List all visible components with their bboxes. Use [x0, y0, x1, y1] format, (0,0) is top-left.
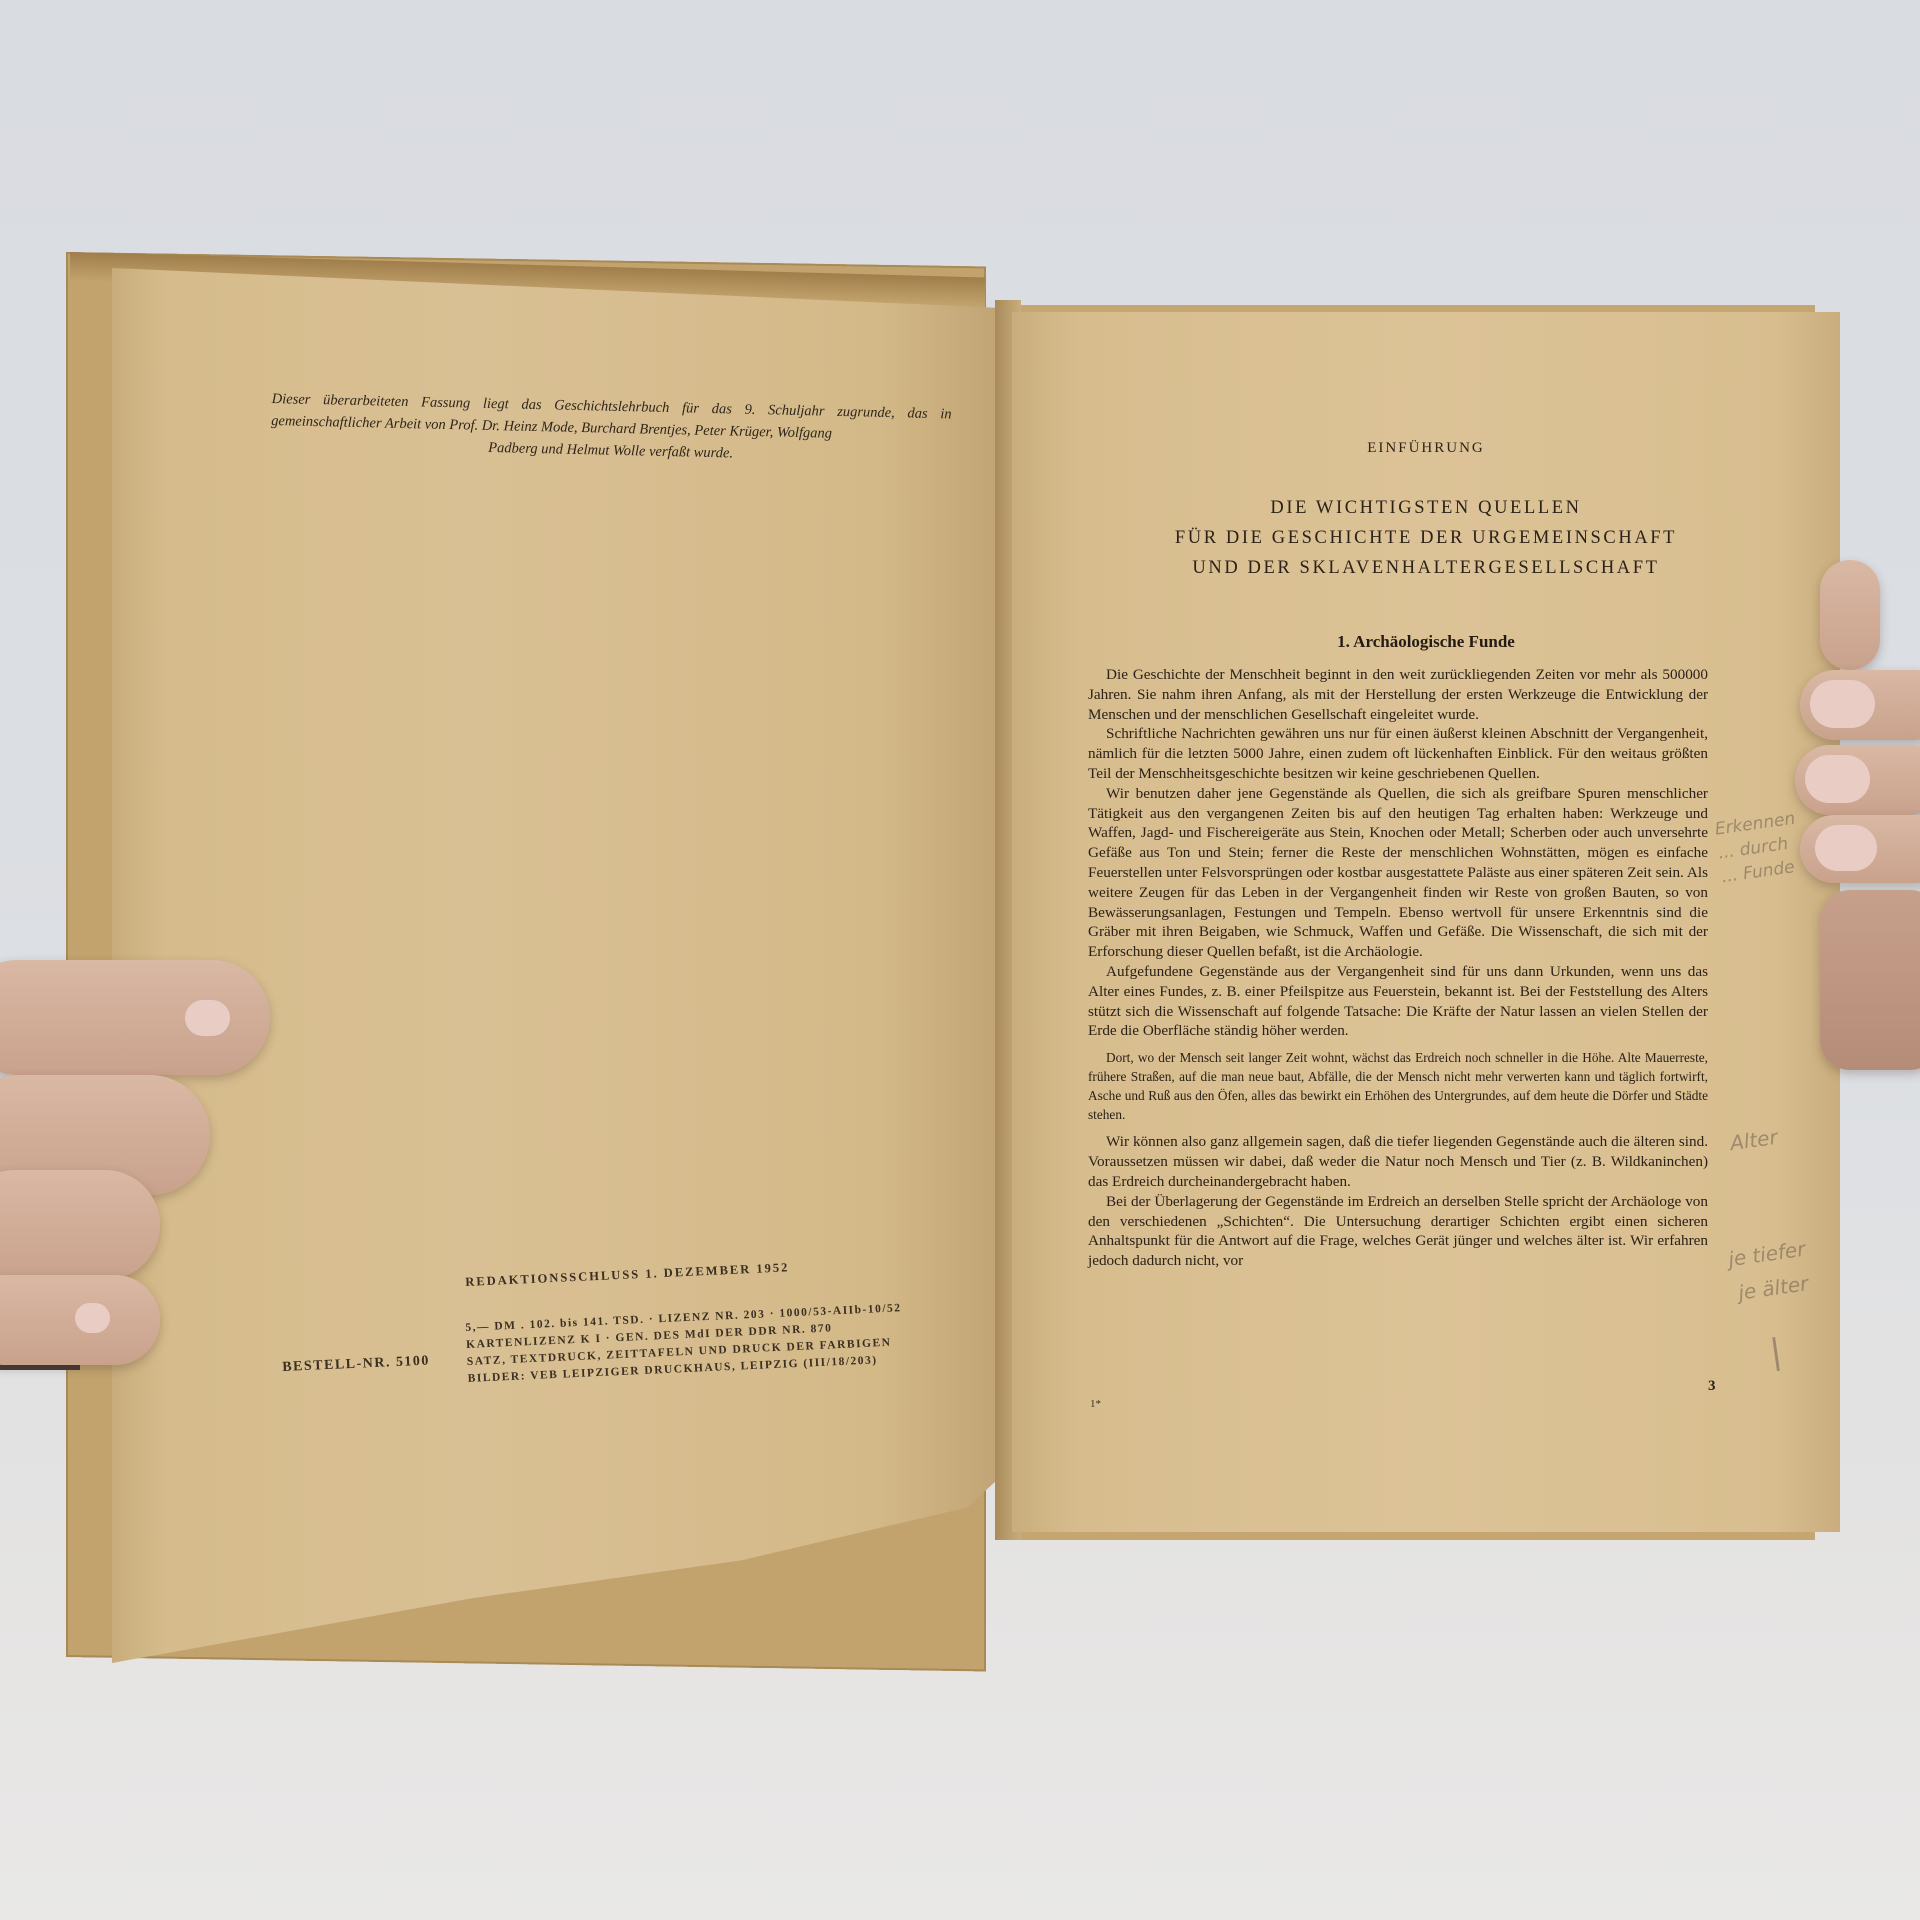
fingernail	[75, 1303, 110, 1333]
signature-mark: 1*	[1090, 1398, 1101, 1410]
finger	[1800, 670, 1920, 740]
chapter-kicker: EINFÜHRUNG	[1012, 440, 1840, 457]
paragraph: Wir können also ganz allgemein sagen, da…	[1088, 1132, 1708, 1191]
finger	[1795, 745, 1920, 815]
right-hand	[1790, 560, 1920, 1080]
fingernail	[1810, 680, 1875, 728]
fingernail	[185, 1000, 230, 1036]
finger	[0, 1170, 160, 1280]
fingernail	[1815, 825, 1877, 871]
title-line: FÜR DIE GESCHICHTE DER URGEMEINSCHAFT	[1012, 523, 1840, 553]
left-hand	[0, 880, 300, 1370]
paragraph: Bei der Überlagerung der Gegenstände im …	[1088, 1192, 1708, 1271]
small-print-paragraph: Dort, wo der Mensch seit langer Zeit woh…	[1088, 1049, 1708, 1124]
chapter-title: DIE WICHTIGSTEN QUELLEN FÜR DIE GESCHICH…	[1012, 493, 1840, 583]
palm	[1820, 890, 1920, 1070]
paragraph: Schriftliche Nachrichten gewähren uns nu…	[1088, 724, 1708, 783]
fingernail	[1805, 755, 1870, 803]
section-heading: 1. Archäologische Funde	[1012, 632, 1840, 652]
thumb	[1820, 560, 1880, 670]
paragraph: Aufgefundene Gegenstände aus der Vergang…	[1088, 962, 1708, 1041]
title-line: DIE WICHTIGSTEN QUELLEN	[1012, 493, 1840, 523]
finger	[0, 960, 270, 1075]
paragraph: Wir benutzen daher jene Gegenstände als …	[1088, 784, 1708, 962]
finger	[0, 1275, 160, 1365]
title-line: UND DER SKLAVENHALTERGESELLSCHAFT	[1012, 553, 1840, 583]
paragraph: Die Geschichte der Menschheit beginnt in…	[1088, 665, 1708, 724]
page-number: 3	[1708, 1378, 1716, 1395]
finger	[1800, 815, 1920, 883]
body-text: Die Geschichte der Menschheit beginnt in…	[1088, 665, 1708, 1271]
